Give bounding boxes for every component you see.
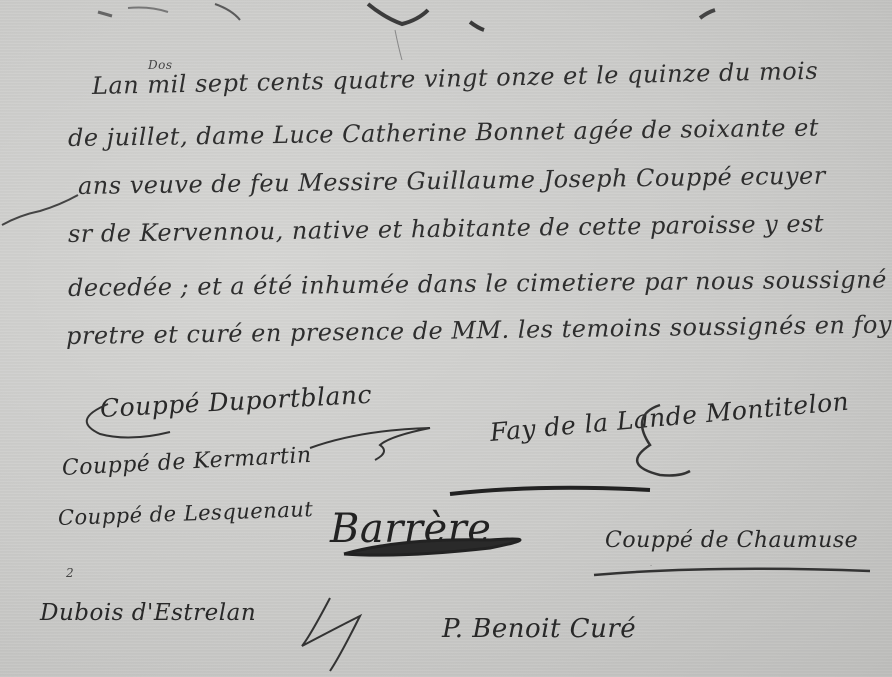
body-line-3: ans veuve de feu Messire Guillaume Josep… <box>78 162 826 200</box>
dubois-flourish <box>300 596 460 676</box>
note-mark: 2 <box>66 566 74 580</box>
margin-stroke <box>0 185 80 245</box>
body-line-1: Lan mil sept cents quatre vingt onze et … <box>92 57 819 100</box>
paper-damage-marks <box>0 0 892 60</box>
signature-p-benoit-cure: P. Benoit Curé <box>442 614 636 644</box>
body-line-5: decedée ; et a été inhumée dans le cimet… <box>68 265 887 302</box>
signature-couppe-de-lesquenaut: Couppé de Lesquenaut <box>58 497 314 530</box>
signature-dubois-destrelan: Dubois d'Estrelan <box>40 600 256 626</box>
body-line-2: de juillet, dame Luce Catherine Bonnet a… <box>68 114 819 152</box>
scanned-document-page: Dos Lan mil sept cents quatre vingt onze… <box>0 0 892 677</box>
body-line-4: sr de Kervennou, native et habitante de … <box>68 209 824 248</box>
signature-couppe-de-chaumuse: Couppé de Chaumuse <box>605 528 858 553</box>
body-line-6: pretre et curé en presence de MM. les te… <box>66 310 892 350</box>
